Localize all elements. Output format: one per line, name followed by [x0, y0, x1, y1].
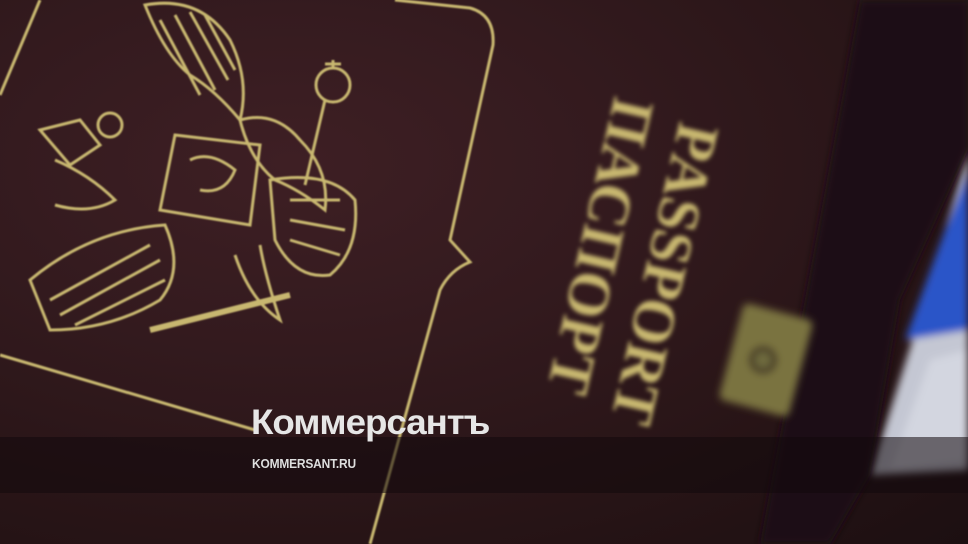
watermark-band — [0, 437, 968, 493]
publisher-logo: Коммерсантъ — [251, 401, 489, 445]
cover-title: ПАСПОРТ PASSPORT — [535, 92, 732, 431]
coat-of-arms-emblem — [30, 3, 356, 330]
publisher-url: KOMMERSANT.RU — [252, 456, 356, 472]
